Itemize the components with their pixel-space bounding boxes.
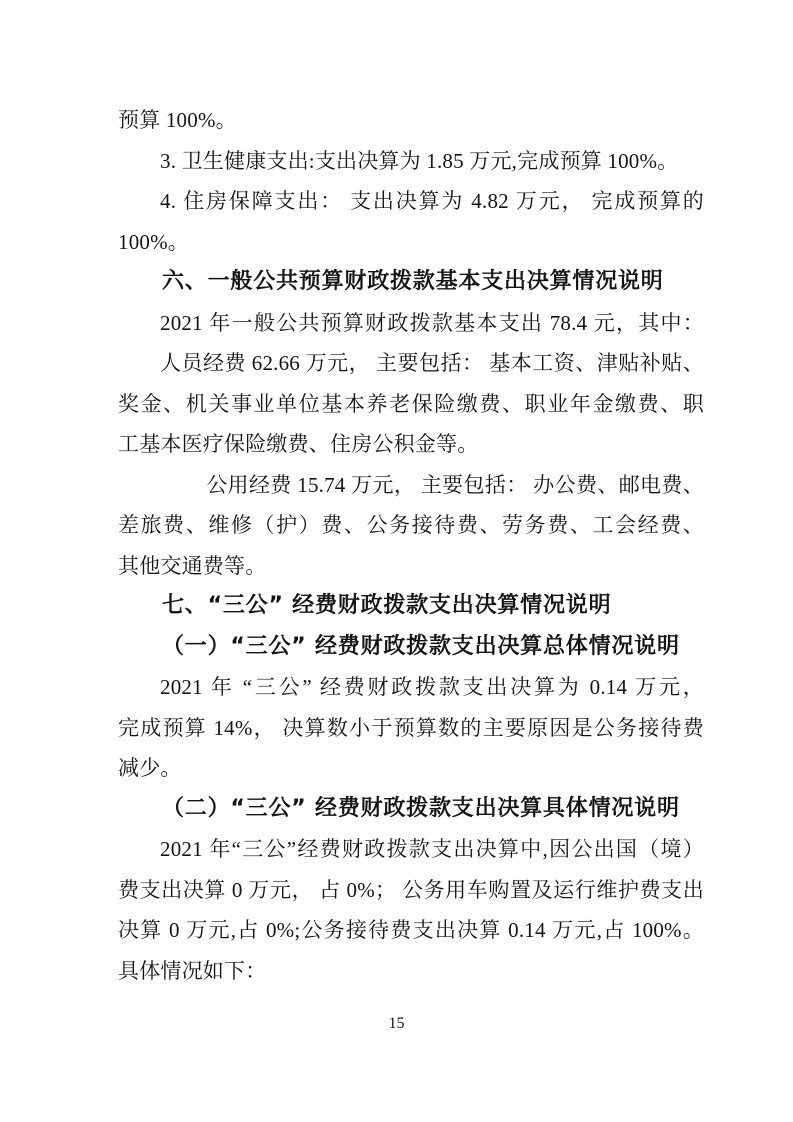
section-heading-6: 六、一般公共预算财政拨款基本支出决算情况说明 — [118, 262, 704, 303]
text-line: 公用经费 15.74 万元， 主要包括： 办公费、邮电费、 — [118, 465, 704, 506]
page-number: 15 — [0, 1012, 793, 1036]
list-item-3: 3. 卫生健康支出:支出决算为 1.85 万元,完成预算 100%。 — [118, 141, 704, 182]
list-item-4: 4. 住房保障支出： 支出决算为 4.82 万元， 完成预算的 — [118, 181, 704, 222]
text-line: 差旅费、维修（护）费、公务接待费、劳务费、工会经费、 — [118, 505, 704, 546]
text-line: 100%。 — [118, 222, 704, 263]
section-heading-7: 七、“三公” 经费财政拨款支出决算情况说明 — [118, 586, 704, 627]
text-line: 完成预算 14%， 决算数小于预算数的主要原因是公务接待费 — [118, 708, 704, 749]
text-line: 具体情况如下： — [118, 951, 704, 992]
subsection-heading-2: （二）“三公” 经费财政拨款支出决算具体情况说明 — [118, 789, 704, 830]
text-line: 2021 年一般公共预算财政拨款基本支出 78.4 元，其中： — [118, 303, 704, 344]
document-page: 预算 100%。 3. 卫生健康支出:支出决算为 1.85 万元,完成预算 10… — [0, 0, 793, 1122]
text-line: 费支出决算 0 万元， 占 0%； 公务用车购置及运行维护费支出 — [118, 870, 704, 911]
page-body: 预算 100%。 3. 卫生健康支出:支出决算为 1.85 万元,完成预算 10… — [118, 100, 704, 991]
text-line: 其他交通费等。 — [118, 546, 704, 587]
text-line: 预算 100%。 — [118, 100, 704, 141]
text-line: 人员经费 62.66 万元， 主要包括： 基本工资、津贴补贴、 — [118, 343, 704, 384]
text-line: 减少。 — [118, 748, 704, 789]
subsection-heading-1: （一）“三公” 经费财政拨款支出决算总体情况说明 — [118, 627, 704, 668]
text-line: 决算 0 万元,占 0%;公务接待费支出决算 0.14 万元,占 100%。 — [118, 910, 704, 951]
text-line: 工基本医疗保险缴费、住房公积金等。 — [118, 424, 704, 465]
text-line: 奖金、机关事业单位基本养老保险缴费、职业年金缴费、职 — [118, 384, 704, 425]
text-line: 2021 年 “三公” 经费财政拨款支出决算为 0.14 万元， — [118, 667, 704, 708]
text-line: 2021 年“三公”经费财政拨款支出决算中,因公出国（境） — [118, 829, 704, 870]
